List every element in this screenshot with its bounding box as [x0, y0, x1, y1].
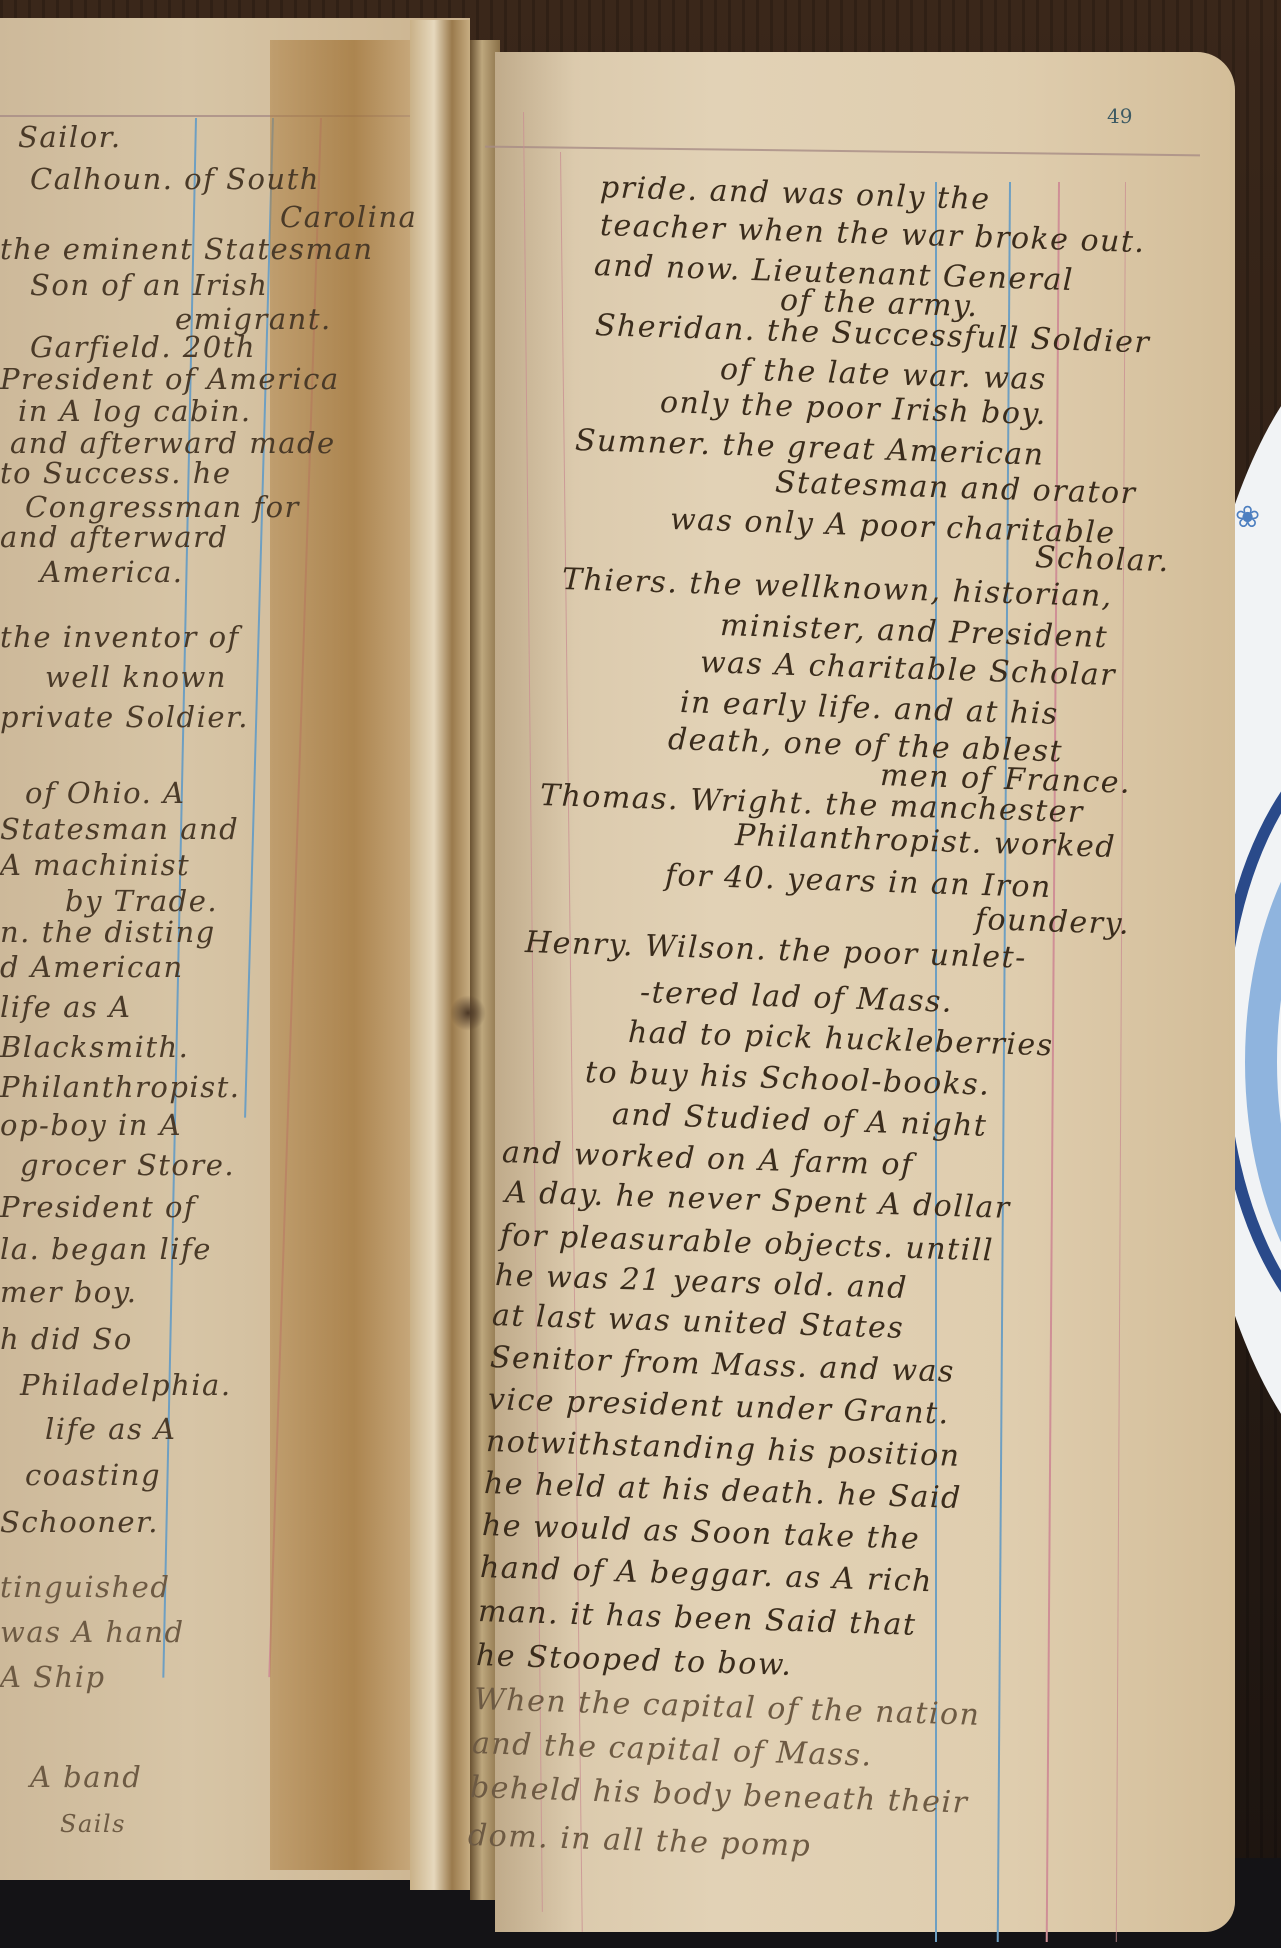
left-line: A machinist [0, 848, 190, 882]
left-line: Carolina [280, 200, 417, 234]
left-line: Sails [60, 1810, 126, 1838]
left-line: A Ship [0, 1660, 106, 1694]
left-line: was A hand [0, 1615, 185, 1649]
ink-spot [450, 995, 486, 1031]
left-line: and afterward [0, 520, 229, 554]
right-line: foundery. [974, 902, 1130, 942]
left-line: A band [30, 1760, 142, 1794]
left-line: life as A [0, 990, 132, 1024]
left-line: Schooner. [0, 1505, 159, 1539]
right-line: Scholar. [1034, 540, 1170, 579]
flower-motif-icon: ❀ [1235, 500, 1260, 535]
left-line: of Ohio. A [25, 776, 185, 810]
left-line: President of America [0, 362, 340, 396]
left-line: op-boy in A [0, 1108, 182, 1142]
left-line: the eminent Statesman [0, 232, 374, 266]
left-line: coasting [25, 1458, 161, 1492]
left-line: well known [45, 660, 227, 694]
left-line: private Soldier. [0, 700, 249, 734]
left-line: grocer Store. [20, 1148, 235, 1182]
left-line: mer boy. [0, 1275, 138, 1309]
left-line: tinguished [0, 1570, 170, 1604]
left-line: d American [0, 950, 184, 984]
left-page-edge [410, 20, 470, 1890]
left-line: the inventor of [0, 620, 240, 654]
left-line: h did So [0, 1322, 133, 1356]
left-line: in A log cabin. [18, 394, 252, 428]
left-line: and afterward made [10, 426, 336, 460]
page-number: 49 [1107, 104, 1132, 128]
left-line: Philadelphia. [20, 1368, 232, 1402]
left-line: by Trade. [65, 884, 218, 918]
left-line: President of [0, 1190, 196, 1224]
left-line: Philanthropist. [0, 1070, 240, 1104]
left-line: Statesman and [0, 812, 239, 846]
left-line: la. began life [0, 1232, 212, 1266]
rule-red [1116, 182, 1126, 1942]
left-line: America. [40, 555, 184, 589]
left-line: life as A [45, 1412, 177, 1446]
left-line: Son of an Irish [30, 268, 268, 302]
left-line: Blacksmith. [0, 1030, 189, 1064]
left-line: Sailor. [18, 120, 122, 154]
left-line: Garfield. 20th [30, 330, 256, 364]
left-line: Calhoun. of South [30, 162, 320, 196]
header-rule [485, 146, 1200, 157]
left-line: to Success. he [0, 456, 232, 490]
left-line: Congressman for [25, 490, 300, 524]
left-line: n. the disting [0, 915, 216, 949]
